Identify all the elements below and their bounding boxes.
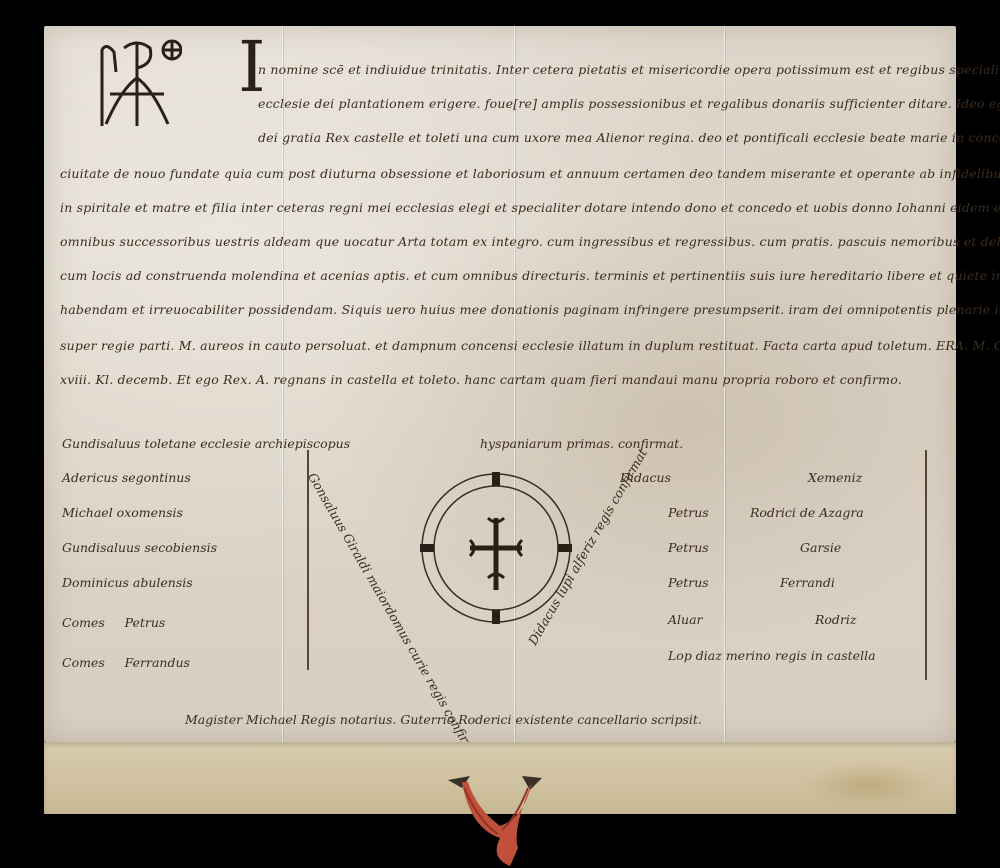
seal-cord-icon bbox=[440, 768, 550, 868]
text-line-4: ciuitate de nouo fundate quia cum post d… bbox=[60, 166, 1000, 181]
witness-right-3-surname: Garsie bbox=[800, 540, 841, 555]
witness-archbishop-title: hyspaniarum primas. confirmat. bbox=[480, 436, 683, 451]
witness-right-2-surname: Rodrici de Azagra bbox=[750, 505, 864, 520]
witness-right-3: Petrus bbox=[668, 540, 709, 555]
witness-left-5: Comes Petrus bbox=[62, 615, 165, 630]
text-line-6: omnibus successoribus uestris aldeam que… bbox=[60, 234, 1000, 249]
confirmation-column-right bbox=[925, 450, 927, 680]
witness-right-6: Lop diaz merino bbox=[668, 648, 771, 663]
witness-left-1: Adericus segontinus bbox=[62, 470, 191, 485]
witness-right-5: Aluar bbox=[668, 612, 703, 627]
witness-right-1: Didacus bbox=[620, 470, 671, 485]
chrismon-icon bbox=[92, 38, 182, 128]
witness-right-2: Petrus bbox=[668, 505, 709, 520]
text-line-2: ecclesie dei plantationem erigere. foue[… bbox=[258, 96, 1000, 111]
witness-right-4: Petrus bbox=[668, 575, 709, 590]
witness-right-1-surname: Xemeniz bbox=[808, 470, 862, 485]
closing-line: Magister Michael Regis notarius. Guterri… bbox=[185, 712, 702, 727]
witness-left-6: Comes Ferrandus bbox=[62, 655, 190, 670]
witness-left-3: Gundisaluus secobiensis bbox=[62, 540, 217, 555]
text-line-7: cum locis ad construenda molendina et ac… bbox=[60, 268, 1000, 283]
text-line-5: in spiritale et matre et filia inter cet… bbox=[60, 200, 1000, 215]
text-line-1: n nomine scē et indiuidue trinitatis. In… bbox=[258, 62, 1000, 77]
witness-right-5-surname: Rodriz bbox=[815, 612, 857, 627]
text-line-10: xviii. Kl. decemb. Et ego Rex. A. regnan… bbox=[60, 372, 902, 387]
witness-right-4-surname: Ferrandi bbox=[780, 575, 835, 590]
text-line-8: habendam et irreuocabiliter possidendam.… bbox=[60, 302, 1000, 317]
witness-archbishop: Gundisaluus toletane ecclesie archiepisc… bbox=[62, 436, 350, 451]
text-line-9: super regie parti. M. aureos in cauto pe… bbox=[60, 338, 1000, 353]
witness-right-6-surname: regis in castella bbox=[775, 648, 876, 663]
witness-left-4: Dominicus abulensis bbox=[62, 575, 193, 590]
text-line-3: dei gratia Rex castelle et toleti una cu… bbox=[258, 130, 1000, 145]
witness-left-2: Michael oxomensis bbox=[62, 505, 183, 520]
